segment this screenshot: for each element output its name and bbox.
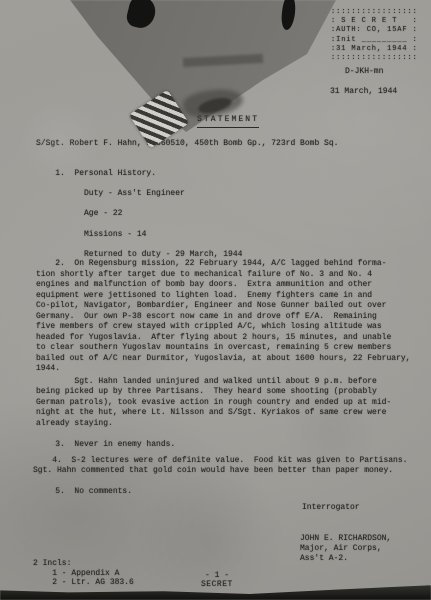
paragraph-landing-account: Sgt. Hahn landed uninjured and walked un… [36, 377, 391, 429]
item-lectures: 4. S-2 lectures were of definite value. … [33, 456, 407, 477]
document-page: :::::::::::::::::: S E C R E T ::AUTH: C… [0, 0, 431, 600]
enclosures-list: 2 Incls: 1 - Appendix A 2 - Ltr. AG 383.… [33, 559, 134, 588]
item-enemy-hands: 3. Never in enemy hands. [36, 440, 175, 451]
interrogator-label: Interrogator [302, 503, 360, 514]
reference-code: D-JKH-mn [345, 67, 383, 78]
classification-footer: SECRET [201, 580, 233, 591]
personal-history-section: 1. Personal History. Duty - Ass't Engine… [36, 164, 242, 265]
item-comments: 5. No comments. [36, 487, 132, 498]
signature-block: JOHN E. RICHARDSON,Major, Air Corps,Ass'… [300, 534, 391, 564]
subject-line: S/Sgt. Robert F. Hahn, 32660510, 450th B… [36, 139, 338, 150]
paragraph-mission-account: 2. On Regensburg mission, 22 February 19… [36, 259, 410, 375]
date-line: 31 March, 1944 [330, 87, 397, 98]
secret-auth-stamp: :::::::::::::::::: S E C R E T ::AUTH: C… [331, 8, 418, 63]
